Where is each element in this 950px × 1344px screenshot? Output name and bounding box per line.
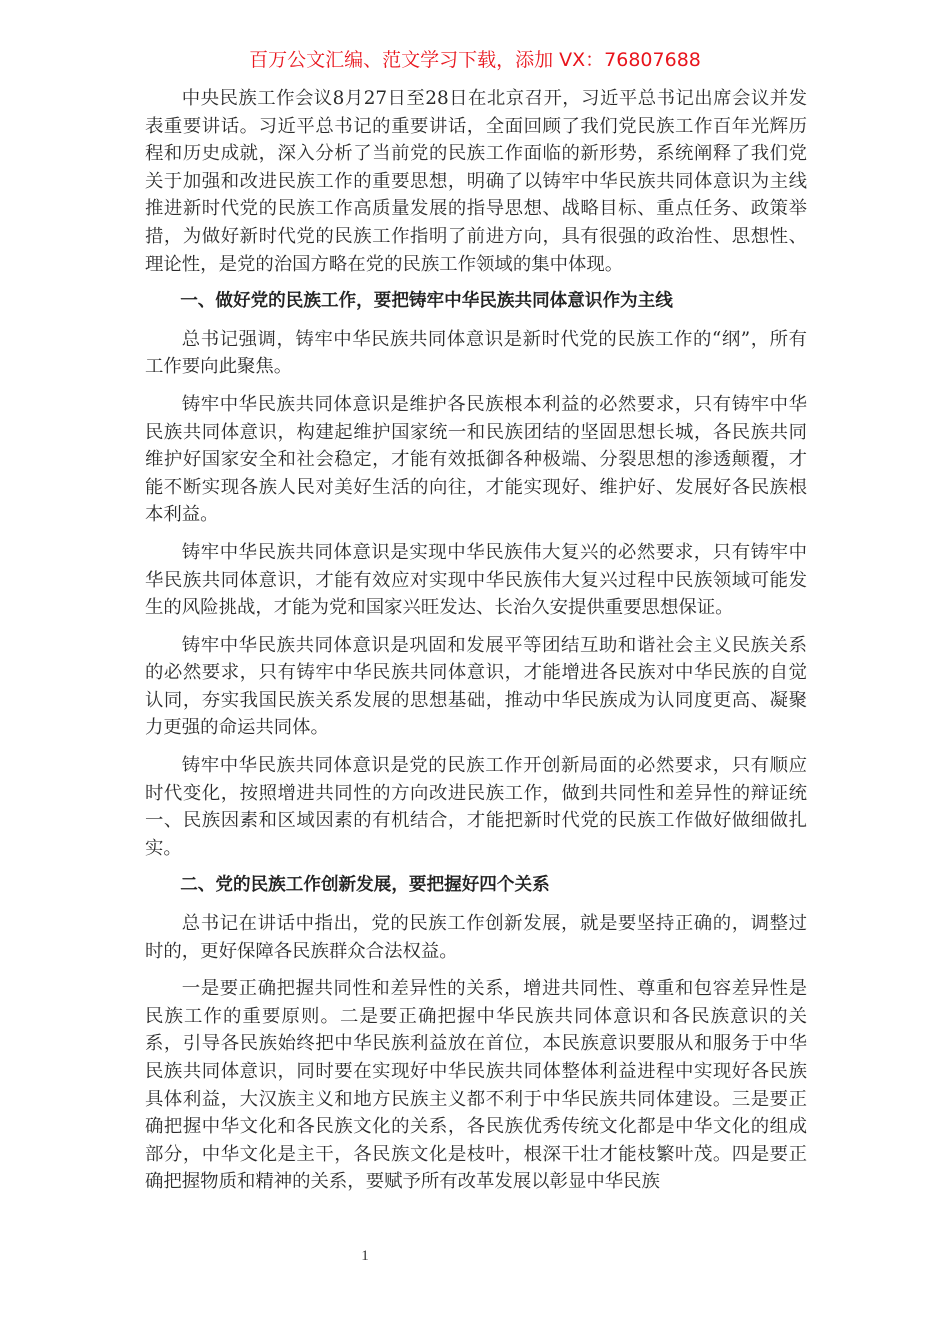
paragraph-intro: 中央民族工作会议8月27日至28日在北京召开，习近平总书记出席会议并发表重要讲话… (145, 85, 807, 278)
document-page: 百万公文汇编、范文学习下载，添加 VX：76807688 中央民族工作会议8月2… (0, 0, 950, 1344)
paragraph: 总书记在讲话中指出，党的民族工作创新发展，就是要坚持正确的，调整过时的，更好保障… (145, 910, 807, 965)
paragraph: 铸牢中华民族共同体意识是维护各民族根本利益的必然要求，只有铸牢中华民族共同体意识… (145, 391, 807, 529)
paragraph: 一是要正确把握共同性和差异性的关系，增进共同性、尊重和包容差异性是民族工作的重要… (145, 975, 807, 1196)
paragraph: 总书记强调，铸牢中华民族共同体意识是新时代党的民族工作的“纲”，所有工作要向此聚… (145, 326, 807, 381)
section-heading-1: 一、做好党的民族工作，要把铸牢中华民族共同体意识作为主线 (145, 288, 807, 316)
paragraph: 铸牢中华民族共同体意识是实现中华民族伟大复兴的必然要求，只有铸牢中华民族共同体意… (145, 539, 807, 622)
section-heading-2: 二、党的民族工作创新发展，要把握好四个关系 (145, 872, 807, 900)
document-body: 中央民族工作会议8月27日至28日在北京召开，习近平总书记出席会议并发表重要讲话… (145, 85, 807, 1206)
paragraph: 铸牢中华民族共同体意识是巩固和发展平等团结互助和谐社会主义民族关系的必然要求，只… (145, 632, 807, 742)
watermark-header: 百万公文汇编、范文学习下载，添加 VX：76807688 (0, 46, 950, 74)
paragraph: 铸牢中华民族共同体意识是党的民族工作开创新局面的必然要求，只有顺应时代变化，按照… (145, 752, 807, 862)
page-number: 1 (355, 1248, 375, 1265)
